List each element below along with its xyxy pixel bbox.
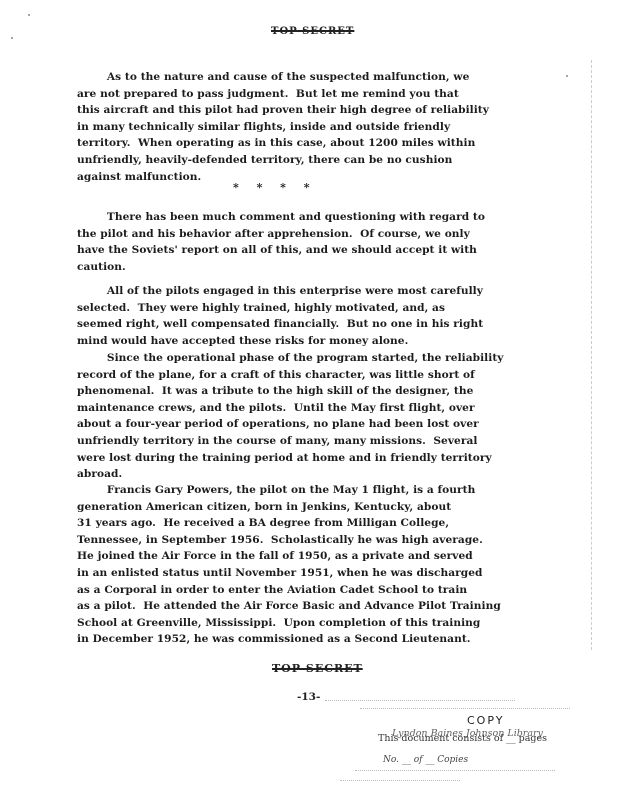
paragraph-line: were lost during the training period at …	[77, 450, 517, 467]
pages-stamp: This document consists of __ pages	[378, 733, 547, 744]
paragraph-line: as a pilot. He attended the Air Force Ba…	[77, 598, 517, 615]
section-break: * * * *	[233, 181, 317, 194]
paragraph-line: caution.	[77, 259, 517, 276]
paragraph-malfunction: As to the nature and cause of the suspec…	[77, 69, 517, 185]
paragraph-pilot-selection: All of the pilots engaged in this enterp…	[77, 283, 517, 349]
scan-speck	[28, 14, 30, 16]
paragraph-line: He joined the Air Force in the fall of 1…	[77, 548, 517, 565]
paragraph-line: There has been much comment and question…	[77, 209, 517, 226]
scan-speck	[11, 37, 13, 39]
paragraph-pilot-behavior: There has been much comment and question…	[77, 209, 517, 275]
paragraph-line: in many technically similar flights, ins…	[77, 119, 517, 136]
paragraph-line: phenomenal. It was a tribute to the high…	[77, 383, 517, 400]
scan-margin-mark	[591, 60, 592, 650]
paragraph-line: are not prepared to pass judgment. But l…	[77, 86, 517, 103]
scan-rule	[355, 770, 555, 771]
paragraph-line: As to the nature and cause of the suspec…	[77, 69, 517, 86]
paragraph-line: abroad.	[77, 466, 517, 483]
scan-speck	[566, 75, 568, 77]
paragraph-line: Francis Gary Powers, the pilot on the Ma…	[77, 482, 517, 499]
paragraph-line: maintenance crews, and the pilots. Until…	[77, 400, 517, 417]
paragraph-line: Since the operational phase of the progr…	[77, 350, 517, 367]
paragraph-line: record of the plane, for a craft of this…	[77, 367, 517, 384]
classification-footer: TOP SECRET	[272, 662, 363, 675]
copy-stamp: COPY	[467, 714, 504, 727]
paragraph-line: Tennessee, in September 1956. Scholastic…	[77, 532, 517, 549]
classification-header: TOP SECRET	[271, 26, 354, 37]
paragraph-reliability-record: Since the operational phase of the progr…	[77, 350, 517, 483]
paragraph-line: this aircraft and this pilot had proven …	[77, 102, 517, 119]
paragraph-line: mind would have accepted these risks for…	[77, 333, 517, 350]
scan-rule	[340, 780, 460, 781]
page-number: -13-	[297, 691, 320, 703]
paragraph-line: in December 1952, he was commissioned as…	[77, 631, 517, 648]
paragraph-line: All of the pilots engaged in this enterp…	[77, 283, 517, 300]
copies-stamp: No. __ of __ Copies	[383, 755, 468, 765]
paragraph-line: School at Greenville, Mississippi. Upon …	[77, 615, 517, 632]
paragraph-line: territory. When operating as in this cas…	[77, 135, 517, 152]
paragraph-line: as a Corporal in order to enter the Avia…	[77, 582, 517, 599]
scan-rule	[325, 700, 515, 701]
scan-rule	[360, 708, 570, 709]
paragraph-line: generation American citizen, born in Jen…	[77, 499, 517, 516]
paragraph-line: selected. They were highly trained, high…	[77, 300, 517, 317]
paragraph-line: 31 years ago. He received a BA degree fr…	[77, 515, 517, 532]
document-page: TOP SECRET As to the nature and cause of…	[0, 0, 624, 788]
paragraph-line: unfriendly territory in the course of ma…	[77, 433, 517, 450]
paragraph-line: the pilot and his behavior after apprehe…	[77, 226, 517, 243]
paragraph-line: about a four-year period of operations, …	[77, 416, 517, 433]
paragraph-line: have the Soviets' report on all of this,…	[77, 242, 517, 259]
paragraph-powers-biography: Francis Gary Powers, the pilot on the Ma…	[77, 482, 517, 648]
paragraph-line: in an enlisted status until November 195…	[77, 565, 517, 582]
paragraph-line: unfriendly, heavily-defended territory, …	[77, 152, 517, 169]
paragraph-line: seemed right, well compensated financial…	[77, 316, 517, 333]
